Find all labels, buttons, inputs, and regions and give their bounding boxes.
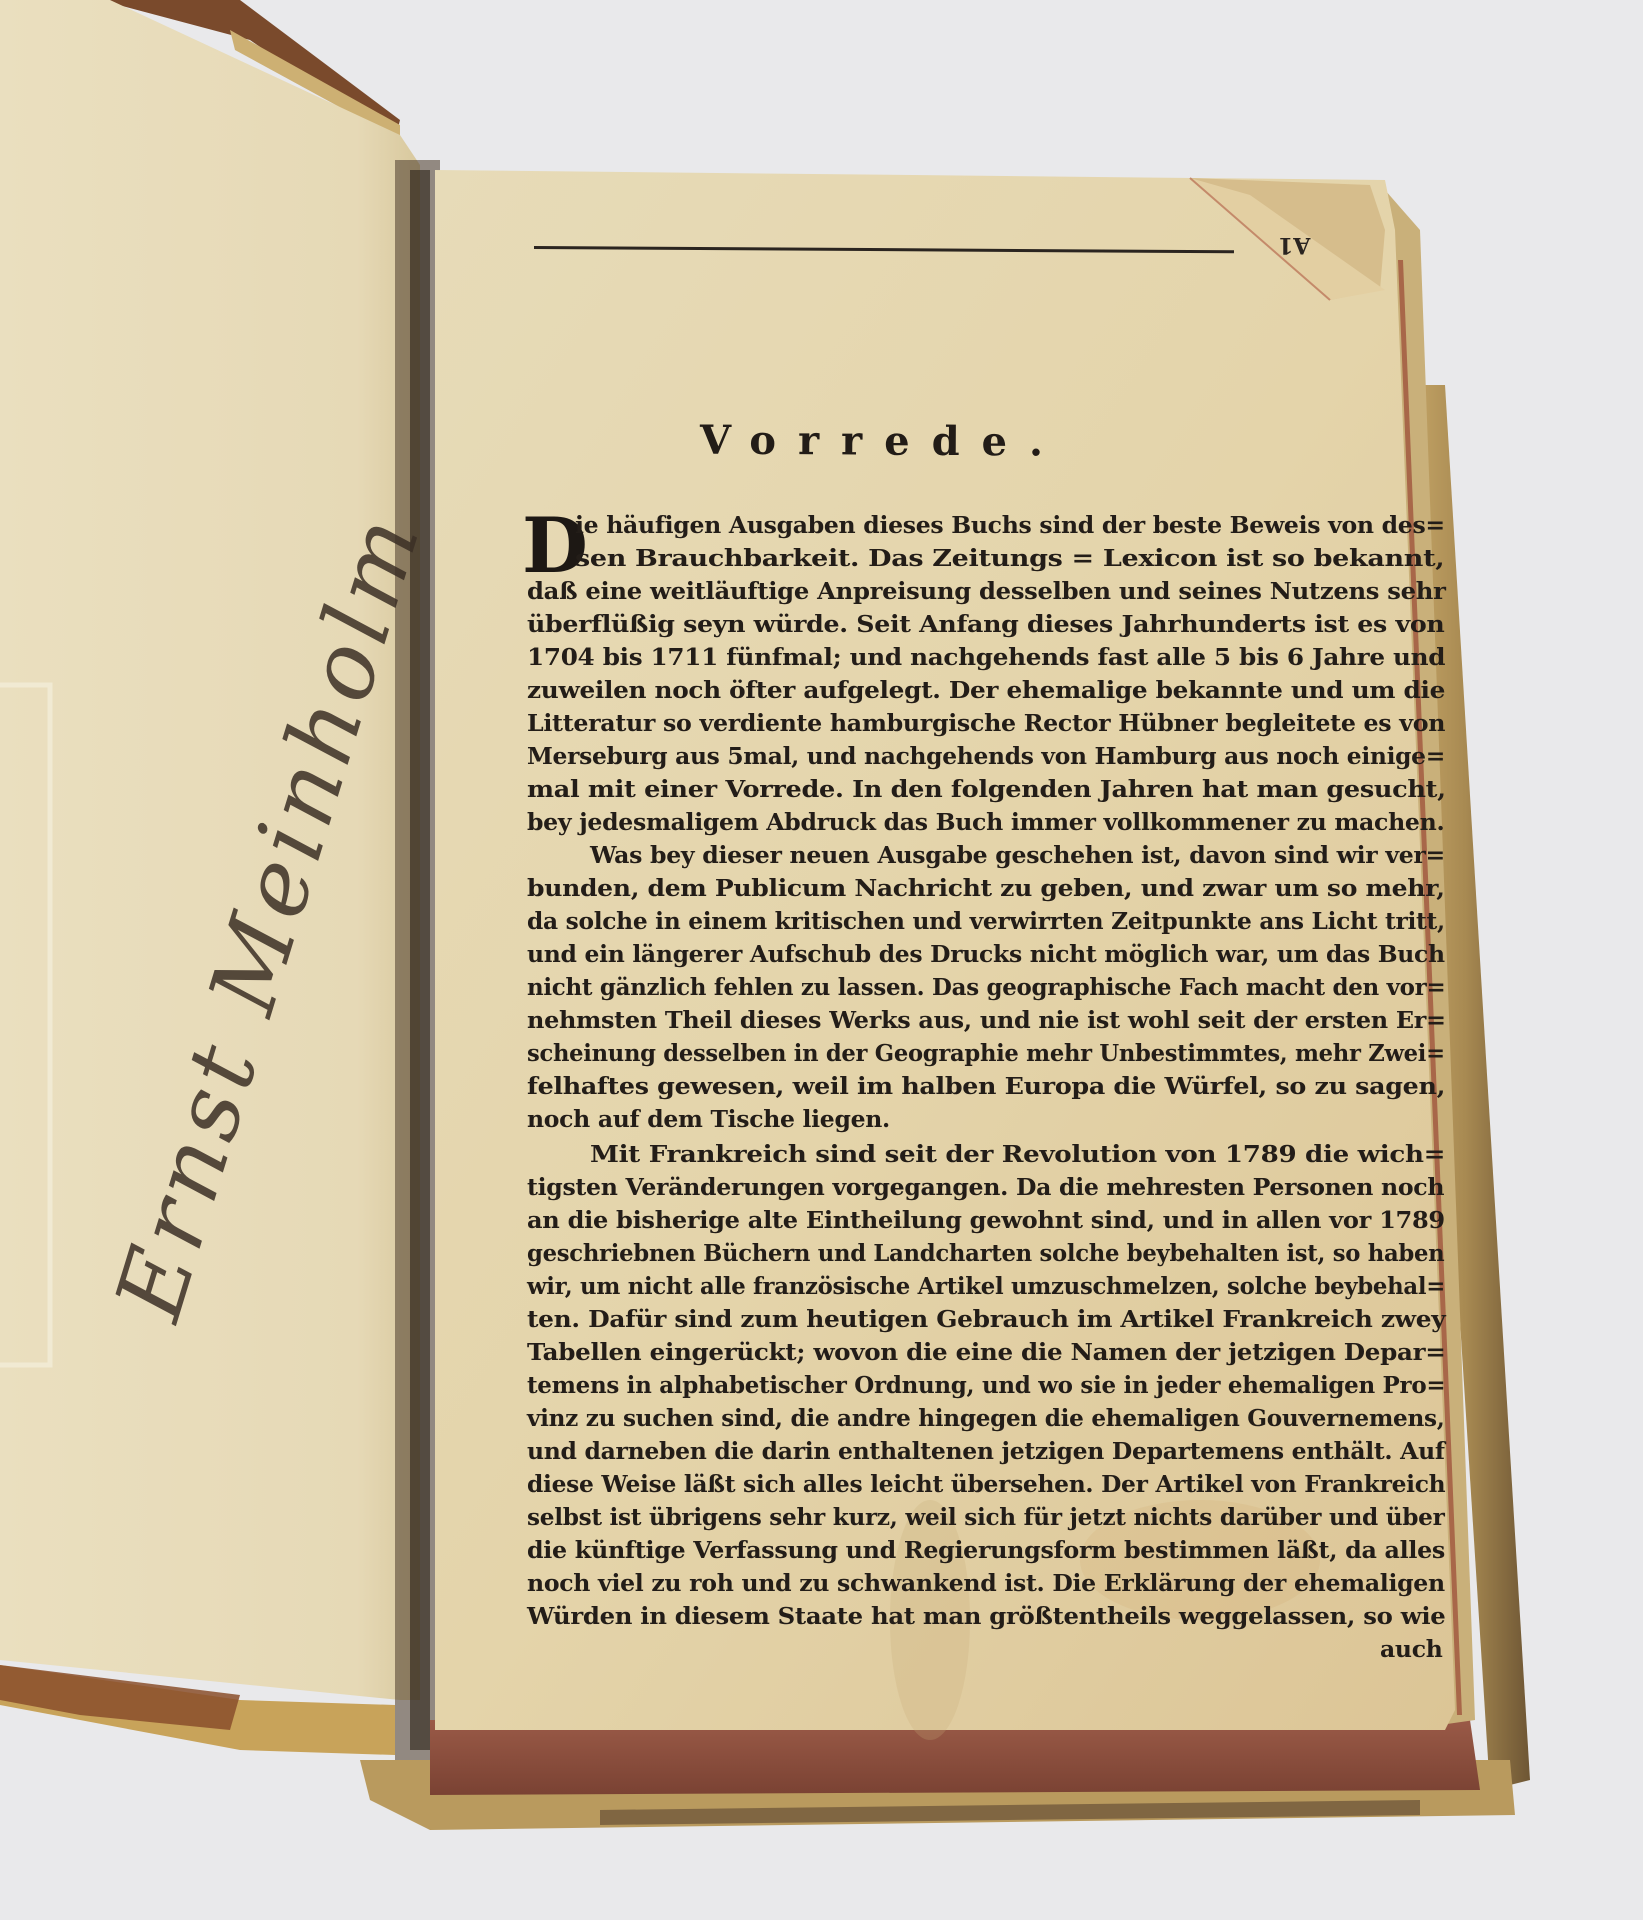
page-block-edge — [430, 1720, 1480, 1795]
left-endpaper — [0, 0, 420, 1700]
photo-scene: A1 Vorrede. D ie häufigen Ausgaben diese… — [0, 0, 1643, 1920]
right-page — [435, 170, 1455, 1730]
